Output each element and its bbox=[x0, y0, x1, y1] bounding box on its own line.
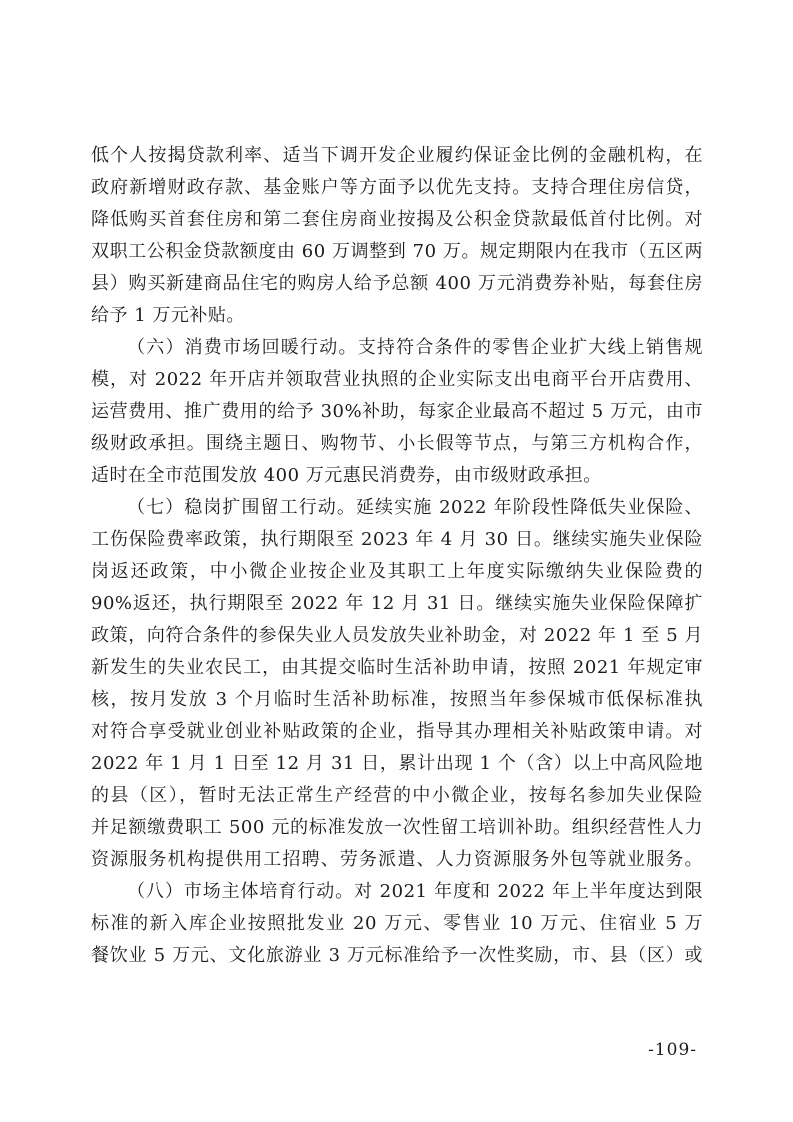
text-line: 对符合享受就业创业补贴政策的企业，指导其办理相关补贴政策申请。对 bbox=[91, 716, 703, 748]
text-line: 模，对 2022 年开店并领取营业执照的企业实际支出电商平台开店费用、 bbox=[91, 364, 703, 396]
paragraph-item-7-job-retention-expansion: （七）稳岗扩围留工行动。延续实施 2022 年阶段性降低失业保险、工伤保险费率政… bbox=[91, 492, 703, 876]
text-line: 并足额缴费职工 500 元的标准发放一次性留工培训补助。组织经营性人力 bbox=[91, 812, 703, 844]
text-line: 2022 年 1 月 1 日至 12 月 31 日，累计出现 1 个（含）以上中… bbox=[91, 748, 703, 780]
paragraph-item-8-market-entity-cultivation: （八）市场主体培育行动。对 2021 年度和 2022 年上半年度达到限上标准的… bbox=[91, 876, 703, 972]
text-line: 90%返还，执行期限至 2022 年 12 月 31 日。继续实施失业保险保障扩… bbox=[91, 588, 703, 620]
text-line: 工伤保险费率政策，执行期限至 2023 年 4 月 30 日。继续实施失业保险稳 bbox=[91, 524, 703, 556]
document-body: 低个人按揭贷款利率、适当下调开发企业履约保证金比例的金融机构，在政府新增财政存款… bbox=[91, 140, 703, 972]
text-line: （七）稳岗扩围留工行动。延续实施 2022 年阶段性降低失业保险、 bbox=[91, 492, 703, 524]
text-line: 给予 1 万元补贴。 bbox=[91, 300, 703, 332]
text-line: 政府新增财政存款、基金账户等方面予以优先支持。支持合理住房信贷， bbox=[91, 172, 703, 204]
text-line: 标准的新入库企业按照批发业 20 万元、零售业 10 万元、住宿业 5 万元、 bbox=[91, 908, 703, 940]
text-line: 的县（区），暂时无法正常生产经营的中小微企业，按每名参加失业保险 bbox=[91, 780, 703, 812]
document-page: 低个人按揭贷款利率、适当下调开发企业履约保证金比例的金融机构，在政府新增财政存款… bbox=[0, 0, 793, 1122]
text-line: 双职工公积金贷款额度由 60 万调整到 70 万。规定期限内在我市（五区两 bbox=[91, 236, 703, 268]
page-number: -109- bbox=[648, 1040, 703, 1060]
text-line: 县）购买新建商品住宅的购房人给予总额 400 万元消费券补贴，每套住房 bbox=[91, 268, 703, 300]
paragraph-continuation-housing-support: 低个人按揭贷款利率、适当下调开发企业履约保证金比例的金融机构，在政府新增财政存款… bbox=[91, 140, 703, 332]
text-line: 核，按月发放 3 个月临时生活补助标准，按照当年参保城市低保标准执行。 bbox=[91, 684, 703, 716]
page-footer: -109- bbox=[91, 1040, 703, 1060]
text-line: （六）消费市场回暖行动。支持符合条件的零售企业扩大线上销售规 bbox=[91, 332, 703, 364]
text-line: 餐饮业 5 万元、文化旅游业 3 万元标准给予一次性奖励，市、县（区）或 bbox=[91, 940, 703, 972]
text-line: 岗返还政策，中小微企业按企业及其职工上年度实际缴纳失业保险费的 bbox=[91, 556, 703, 588]
text-line: 运营费用、推广费用的给予 30%补助，每家企业最高不超过 5 万元，由市 bbox=[91, 396, 703, 428]
text-line: （八）市场主体培育行动。对 2021 年度和 2022 年上半年度达到限上 bbox=[91, 876, 703, 908]
text-line: 资源服务机构提供用工招聘、劳务派遣、人力资源服务外包等就业服务。 bbox=[91, 844, 703, 876]
text-line: 适时在全市范围发放 400 万元惠民消费券，由市级财政承担。 bbox=[91, 460, 703, 492]
text-line: 政策，向符合条件的参保失业人员发放失业补助金，对 2022 年 1 至 5 月 bbox=[91, 620, 703, 652]
text-line: 低个人按揭贷款利率、适当下调开发企业履约保证金比例的金融机构，在 bbox=[91, 140, 703, 172]
text-line: 新发生的失业农民工，由其提交临时生活补助申请，按照 2021 年规定审 bbox=[91, 652, 703, 684]
text-line: 降低购买首套住房和第二套住房商业按揭及公积金贷款最低首付比例。对 bbox=[91, 204, 703, 236]
paragraph-item-6-consumer-market-recovery: （六）消费市场回暖行动。支持符合条件的零售企业扩大线上销售规模，对 2022 年… bbox=[91, 332, 703, 492]
text-line: 级财政承担。围绕主题日、购物节、小长假等节点，与第三方机构合作， bbox=[91, 428, 703, 460]
